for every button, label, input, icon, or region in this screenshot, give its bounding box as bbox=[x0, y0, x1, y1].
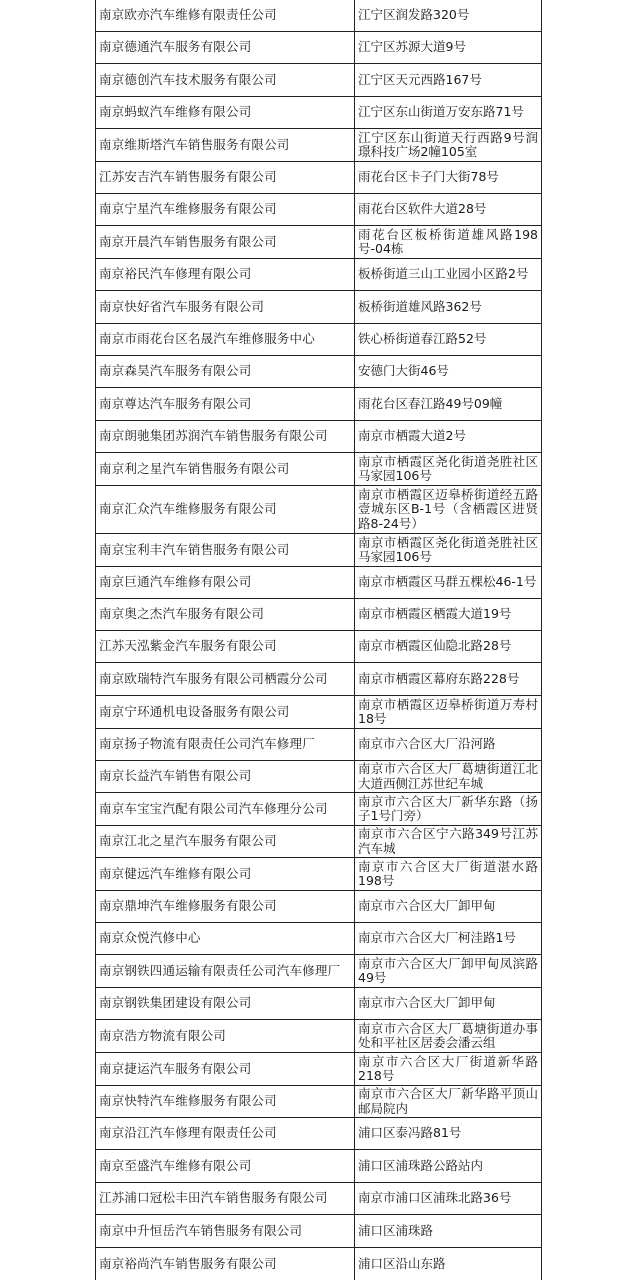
table-row: 南京蚂蚁汽车维修有限公司 江宁区东山街道万安东路71号 bbox=[96, 97, 542, 129]
company-name-cell: 南京健远汽车维修有限公司 bbox=[96, 858, 355, 891]
address-cell: 浦口区泰冯路81号 bbox=[355, 1118, 542, 1150]
table-row: 江苏天泓紫金汽车服务有限公司 南京市栖霞区仙隐北路28号 bbox=[96, 631, 542, 663]
address-cell: 浦口区沿山东路 bbox=[355, 1248, 542, 1280]
table-row: 南京车宝宝汽配有限公司汽车修理分公司 南京市六合区大厂新华东路（扬子1号门旁） bbox=[96, 793, 542, 826]
company-name-cell: 南京众悦汽修中心 bbox=[96, 923, 355, 955]
table-row: 南京钢铁集团建设有限公司 南京市六合区大厂卸甲甸 bbox=[96, 988, 542, 1020]
company-name-cell: 南京欧亦汽车维修有限责任公司 bbox=[96, 0, 355, 32]
address-cell: 南京市六合区大厂新华路平顶山邮局院内 bbox=[355, 1086, 542, 1118]
address-cell: 南京市六合区大厂街道湛水路198号 bbox=[355, 858, 542, 891]
company-name-cell: 南京宁星汽车维修服务有限公司 bbox=[96, 194, 355, 226]
address-cell: 浦口区浦珠路 bbox=[355, 1215, 542, 1248]
company-name-cell: 南京沿江汽车修理有限责任公司 bbox=[96, 1118, 355, 1150]
table-row: 南京快特汽车维修服务有限公司 南京市六合区大厂新华路平顶山邮局院内 bbox=[96, 1086, 542, 1118]
table-row: 南京汇众汽车维修服务有限公司 南京市栖霞区迈皋桥街道经五路壹城东区B-1号（含栖… bbox=[96, 486, 542, 534]
company-name-cell: 南京朗驰集团苏润汽车销售服务有限公司 bbox=[96, 421, 355, 453]
table-row: 南京捷运汽车服务有限公司 南京市六合区大厂街道新华路218号 bbox=[96, 1053, 542, 1086]
table-row: 南京众悦汽修中心 南京市六合区大厂柯洼路1号 bbox=[96, 923, 542, 955]
address-cell: 浦口区浦珠路公路站内 bbox=[355, 1150, 542, 1183]
company-name-cell: 南京汇众汽车维修服务有限公司 bbox=[96, 486, 355, 534]
company-name-cell: 南京钢铁四通运输有限责任公司汽车修理厂 bbox=[96, 955, 355, 988]
table-row: 南京欧亦汽车维修有限责任公司 江宁区润发路320号 bbox=[96, 0, 542, 32]
table-row: 南京裕民汽车修理有限公司 板桥街道三山工业园小区路2号 bbox=[96, 259, 542, 291]
address-cell: 雨花台区板桥街道雄风路198号-04栋 bbox=[355, 226, 542, 259]
address-cell: 南京市六合区大厂新华东路（扬子1号门旁） bbox=[355, 793, 542, 826]
company-name-cell: 南京利之星汽车销售服务有限公司 bbox=[96, 453, 355, 486]
company-name-cell: 南京市雨花台区名晟汽车维修服务中心 bbox=[96, 324, 355, 356]
address-cell: 南京市栖霞区马群五棵松46-1号 bbox=[355, 567, 542, 599]
company-name-cell: 南京快特汽车维修服务有限公司 bbox=[96, 1086, 355, 1118]
address-cell: 雨花台区卡子门大街78号 bbox=[355, 162, 542, 194]
company-name-cell: 南京裕民汽车修理有限公司 bbox=[96, 259, 355, 291]
company-name-cell: 南京中升恒岳汽车销售服务有限公司 bbox=[96, 1215, 355, 1248]
company-address-table: 南京欧亦汽车维修有限责任公司 江宁区润发路320号 南京德通汽车服务有限公司 江… bbox=[95, 0, 542, 1280]
table-row: 江苏浦口冠松丰田汽车销售服务有限公司 南京市浦口区浦珠北路36号 bbox=[96, 1183, 542, 1215]
address-cell: 南京市六合区大厂街道新华路218号 bbox=[355, 1053, 542, 1086]
table-row: 南京沿江汽车修理有限责任公司 浦口区泰冯路81号 bbox=[96, 1118, 542, 1150]
company-name-cell: 南京尊达汽车服务有限公司 bbox=[96, 388, 355, 421]
address-cell: 江宁区苏源大道9号 bbox=[355, 32, 542, 64]
table-row: 南京长益汽车销售有限公司 南京市六合区大厂葛塘街道江北大道西侧江苏世纪车城 bbox=[96, 761, 542, 793]
table-row: 南京浩方物流有限公司 南京市六合区大厂葛塘街道办事处和平社区居委会潘云组 bbox=[96, 1020, 542, 1053]
table-row: 南京德创汽车技术服务有限公司 江宁区天元西路167号 bbox=[96, 64, 542, 97]
table-row: 南京中升恒岳汽车销售服务有限公司 浦口区浦珠路 bbox=[96, 1215, 542, 1248]
address-cell: 南京市六合区大厂沿河路 bbox=[355, 729, 542, 761]
address-cell: 江宁区东山街道万安东路71号 bbox=[355, 97, 542, 129]
table-row: 南京尊达汽车服务有限公司 雨花台区春江路49号09幢 bbox=[96, 388, 542, 421]
company-name-cell: 江苏浦口冠松丰田汽车销售服务有限公司 bbox=[96, 1183, 355, 1215]
company-name-cell: 南京扬子物流有限责任公司汽车修理厂 bbox=[96, 729, 355, 761]
address-cell: 南京市六合区大厂柯洼路1号 bbox=[355, 923, 542, 955]
address-cell: 安德门大街46号 bbox=[355, 356, 542, 388]
address-cell: 南京市栖霞区迈皋桥街道万寿村18号 bbox=[355, 696, 542, 729]
table-row: 南京钢铁四通运输有限责任公司汽车修理厂 南京市六合区大厂卸甲甸凤滨路49号 bbox=[96, 955, 542, 988]
table-row: 南京鼎坤汽车维修服务有限公司 南京市六合区大厂卸甲甸 bbox=[96, 891, 542, 923]
address-cell: 南京市栖霞区幕府东路228号 bbox=[355, 663, 542, 696]
table-body: 南京欧亦汽车维修有限责任公司 江宁区润发路320号 南京德通汽车服务有限公司 江… bbox=[96, 0, 542, 1280]
address-cell: 南京市六合区大厂卸甲甸凤滨路49号 bbox=[355, 955, 542, 988]
company-name-cell: 南京宁环通机电设备服务有限公司 bbox=[96, 696, 355, 729]
company-name-cell: 南京车宝宝汽配有限公司汽车修理分公司 bbox=[96, 793, 355, 826]
address-cell: 南京市六合区大厂卸甲甸 bbox=[355, 988, 542, 1020]
address-cell: 南京市六合区大厂葛塘街道办事处和平社区居委会潘云组 bbox=[355, 1020, 542, 1053]
address-cell: 板桥街道三山工业园小区路2号 bbox=[355, 259, 542, 291]
address-cell: 南京市栖霞区迈皋桥街道经五路壹城东区B-1号（含栖霞区进贤路8-24号） bbox=[355, 486, 542, 534]
company-name-cell: 南京裕尚汽车销售服务有限公司 bbox=[96, 1248, 355, 1280]
company-name-cell: 南京鼎坤汽车维修服务有限公司 bbox=[96, 891, 355, 923]
company-name-cell: 南京奥之杰汽车服务有限公司 bbox=[96, 599, 355, 631]
company-name-cell: 南京开晨汽车销售服务有限公司 bbox=[96, 226, 355, 259]
company-name-cell: 南京长益汽车销售有限公司 bbox=[96, 761, 355, 793]
company-name-cell: 南京维斯塔汽车销售服务有限公司 bbox=[96, 129, 355, 162]
company-name-cell: 南京江北之星汽车服务有限公司 bbox=[96, 826, 355, 858]
table-row: 南京朗驰集团苏润汽车销售服务有限公司 南京市栖霞大道2号 bbox=[96, 421, 542, 453]
table-row: 南京扬子物流有限责任公司汽车修理厂 南京市六合区大厂沿河路 bbox=[96, 729, 542, 761]
table-row: 南京德通汽车服务有限公司 江宁区苏源大道9号 bbox=[96, 32, 542, 64]
table-row: 南京宁环通机电设备服务有限公司 南京市栖霞区迈皋桥街道万寿村18号 bbox=[96, 696, 542, 729]
table-row: 南京江北之星汽车服务有限公司 南京市六合区宁六路349号江苏汽车城 bbox=[96, 826, 542, 858]
table-row: 南京森昊汽车服务有限公司 安德门大街46号 bbox=[96, 356, 542, 388]
company-name-cell: 南京快好省汽车服务有限公司 bbox=[96, 291, 355, 324]
table-row: 南京利之星汽车销售服务有限公司 南京市栖霞区尧化街道尧胜社区马家园106号 bbox=[96, 453, 542, 486]
company-name-cell: 南京捷运汽车服务有限公司 bbox=[96, 1053, 355, 1086]
table-row: 南京宁星汽车维修服务有限公司 雨花台区软件大道28号 bbox=[96, 194, 542, 226]
address-cell: 雨花台区春江路49号09幢 bbox=[355, 388, 542, 421]
address-cell: 板桥街道雄风路362号 bbox=[355, 291, 542, 324]
company-name-cell: 南京森昊汽车服务有限公司 bbox=[96, 356, 355, 388]
address-cell: 雨花台区软件大道28号 bbox=[355, 194, 542, 226]
table-row: 南京欧瑞特汽车服务有限公司栖霞分公司 南京市栖霞区幕府东路228号 bbox=[96, 663, 542, 696]
table-row: 南京巨通汽车维修有限公司 南京市栖霞区马群五棵松46-1号 bbox=[96, 567, 542, 599]
address-cell: 铁心桥街道春江路52号 bbox=[355, 324, 542, 356]
table-row: 南京宝利丰汽车销售服务有限公司 南京市栖霞区尧化街道尧胜社区马家园106号 bbox=[96, 534, 542, 567]
company-name-cell: 江苏安吉汽车销售服务有限公司 bbox=[96, 162, 355, 194]
address-cell: 南京市六合区大厂葛塘街道江北大道西侧江苏世纪车城 bbox=[355, 761, 542, 793]
table-row: 南京快好省汽车服务有限公司 板桥街道雄风路362号 bbox=[96, 291, 542, 324]
address-cell: 江宁区东山街道天行西路9号润璟科技广场2幢105室 bbox=[355, 129, 542, 162]
table-row: 南京市雨花台区名晟汽车维修服务中心 铁心桥街道春江路52号 bbox=[96, 324, 542, 356]
address-cell: 江宁区天元西路167号 bbox=[355, 64, 542, 97]
address-cell: 南京市栖霞大道2号 bbox=[355, 421, 542, 453]
company-name-cell: 南京德通汽车服务有限公司 bbox=[96, 32, 355, 64]
company-name-cell: 南京至盛汽车维修有限公司 bbox=[96, 1150, 355, 1183]
table-row: 南京健远汽车维修有限公司 南京市六合区大厂街道湛水路198号 bbox=[96, 858, 542, 891]
table-row: 江苏安吉汽车销售服务有限公司 雨花台区卡子门大街78号 bbox=[96, 162, 542, 194]
address-cell: 南京市栖霞区仙隐北路28号 bbox=[355, 631, 542, 663]
address-cell: 南京市栖霞区栖霞大道19号 bbox=[355, 599, 542, 631]
address-cell: 南京市栖霞区尧化街道尧胜社区马家园106号 bbox=[355, 534, 542, 567]
company-name-cell: 南京钢铁集团建设有限公司 bbox=[96, 988, 355, 1020]
table-row: 南京至盛汽车维修有限公司 浦口区浦珠路公路站内 bbox=[96, 1150, 542, 1183]
company-name-cell: 南京欧瑞特汽车服务有限公司栖霞分公司 bbox=[96, 663, 355, 696]
company-name-cell: 南京蚂蚁汽车维修有限公司 bbox=[96, 97, 355, 129]
company-name-cell: 南京宝利丰汽车销售服务有限公司 bbox=[96, 534, 355, 567]
address-cell: 南京市六合区宁六路349号江苏汽车城 bbox=[355, 826, 542, 858]
address-cell: 南京市浦口区浦珠北路36号 bbox=[355, 1183, 542, 1215]
company-name-cell: 南京巨通汽车维修有限公司 bbox=[96, 567, 355, 599]
table-row: 南京维斯塔汽车销售服务有限公司 江宁区东山街道天行西路9号润璟科技广场2幢105… bbox=[96, 129, 542, 162]
company-name-cell: 江苏天泓紫金汽车服务有限公司 bbox=[96, 631, 355, 663]
table-row: 南京奥之杰汽车服务有限公司 南京市栖霞区栖霞大道19号 bbox=[96, 599, 542, 631]
address-cell: 南京市六合区大厂卸甲甸 bbox=[355, 891, 542, 923]
address-cell: 江宁区润发路320号 bbox=[355, 0, 542, 32]
table-row: 南京开晨汽车销售服务有限公司 雨花台区板桥街道雄风路198号-04栋 bbox=[96, 226, 542, 259]
table-row: 南京裕尚汽车销售服务有限公司 浦口区沿山东路 bbox=[96, 1248, 542, 1280]
company-name-cell: 南京德创汽车技术服务有限公司 bbox=[96, 64, 355, 97]
company-name-cell: 南京浩方物流有限公司 bbox=[96, 1020, 355, 1053]
address-cell: 南京市栖霞区尧化街道尧胜社区马家园106号 bbox=[355, 453, 542, 486]
